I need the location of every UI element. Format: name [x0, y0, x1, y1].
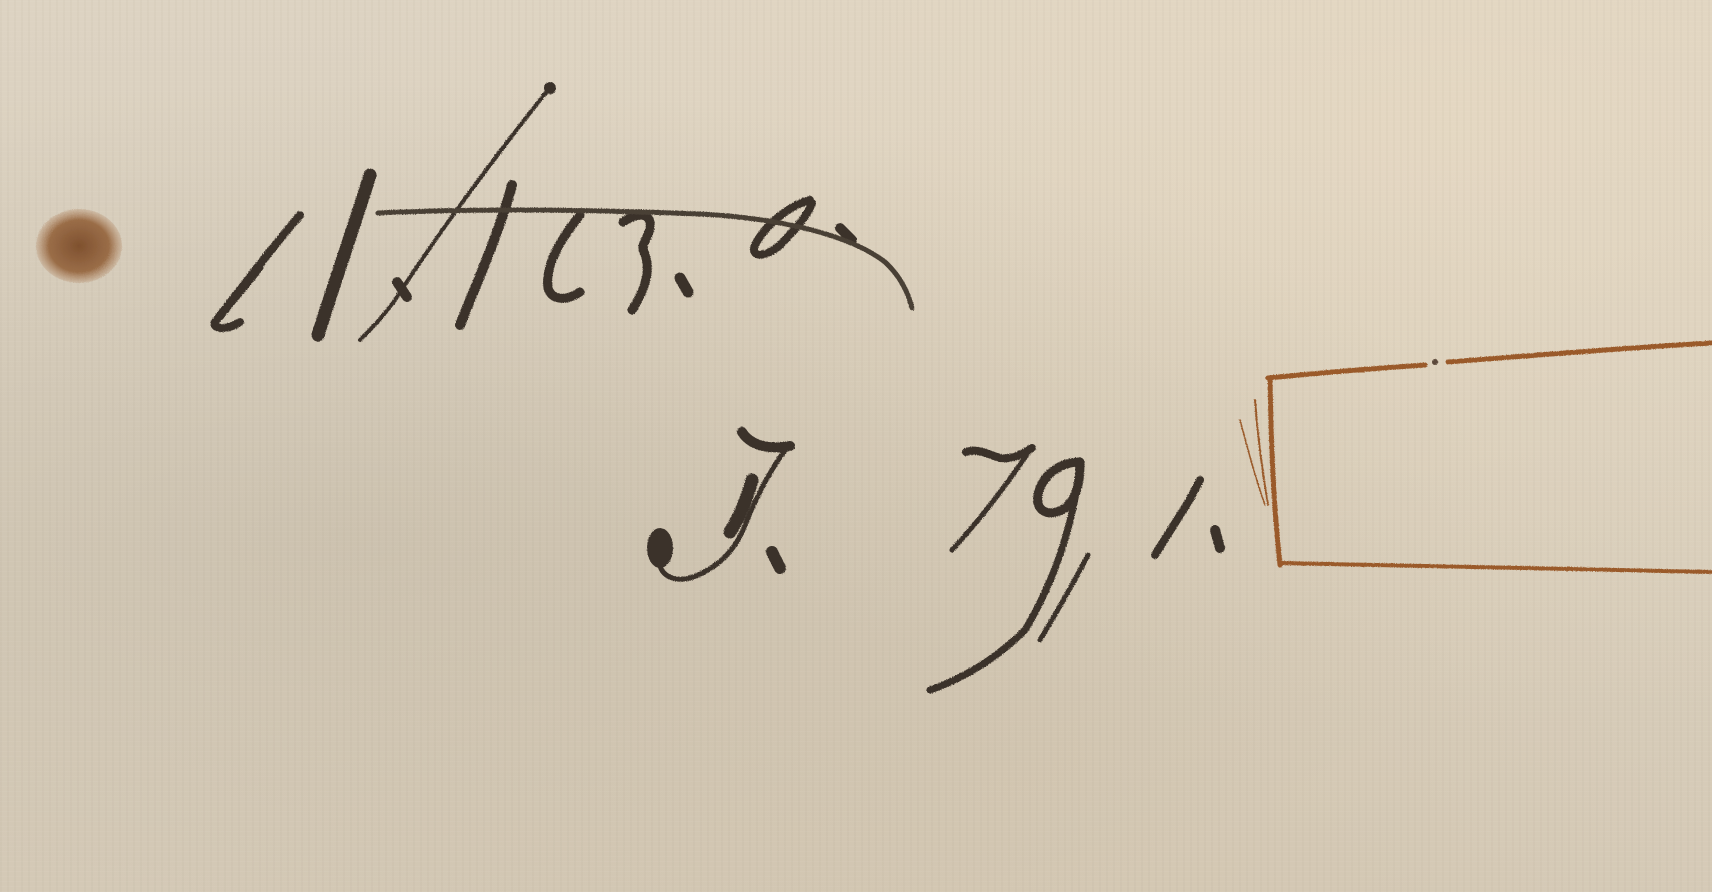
line2-handwriting	[647, 432, 1220, 690]
paper-document: N. 113. a. I. 79.	[0, 0, 1712, 892]
line1-transcription: N. 113. a.	[205, 230, 401, 276]
handwriting-layer	[0, 0, 1712, 892]
ruled-frame-mark	[1240, 343, 1712, 572]
line2-transcription: I. 79.	[640, 500, 745, 546]
stain-mark	[36, 209, 122, 283]
line1-handwriting	[215, 82, 912, 340]
